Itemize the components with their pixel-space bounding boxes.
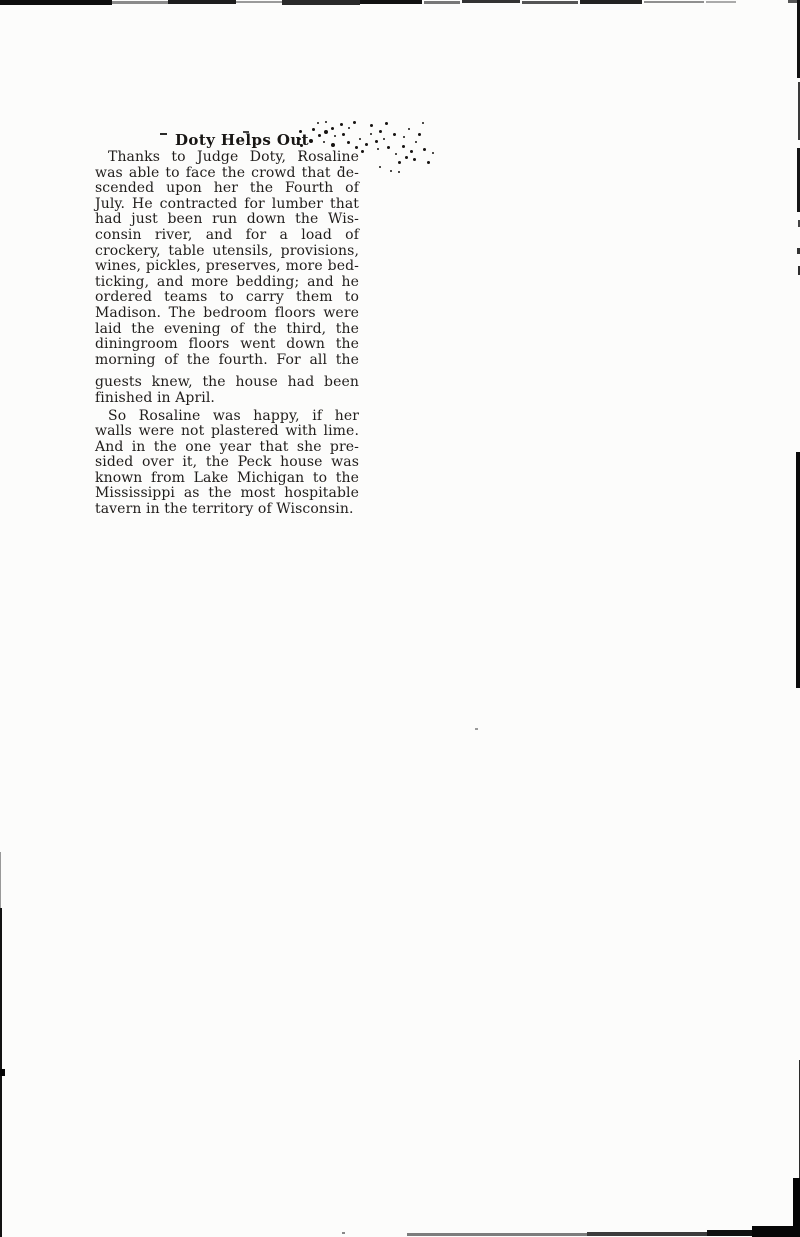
scan-edge-mark [475, 728, 478, 730]
scan-edge-mark [0, 1069, 5, 1076]
ink-speck [309, 139, 313, 143]
ink-speck [359, 138, 361, 140]
scan-edge-mark [424, 1, 460, 4]
text-line: July. He contracted for lumber that [95, 197, 359, 213]
ink-speck [342, 133, 345, 136]
scan-edge-mark [112, 1, 170, 4]
text-line: walls were not plastered with lime. [95, 424, 359, 440]
ink-speck [422, 122, 424, 124]
text-line: diningroom floors went down the [95, 337, 359, 353]
newspaper-article: Doty Helps Out Thanks to Judge Doty, Ros… [95, 131, 359, 518]
text-line: Thanks to Judge Doty, Rosaline [95, 150, 359, 166]
scan-edge-mark [0, 852, 1, 910]
scan-edge-mark [0, 0, 112, 5]
scan-edge-mark [360, 0, 422, 4]
text-line: guests knew, the house had been [95, 375, 359, 391]
ink-speck [379, 166, 381, 168]
ink-speck [377, 148, 379, 150]
ink-speck [415, 141, 417, 143]
ink-speck [405, 156, 408, 159]
ink-speck [387, 146, 390, 149]
text-line: Mississippi as the most hospitable [95, 486, 359, 502]
text-line: wines, pickles, preserves, more bed- [95, 259, 359, 275]
text-line: morning of the fourth. For all the [95, 353, 359, 369]
ink-speck [340, 166, 342, 168]
text-line: finished in April. [95, 391, 359, 407]
ink-speck [418, 133, 421, 136]
ink-speck [385, 122, 388, 125]
article-paragraph-1: Thanks to Judge Doty, Rosalinewas able t… [95, 150, 359, 368]
scanned-newspaper-page: Doty Helps Out Thanks to Judge Doty, Ros… [0, 0, 800, 1237]
ink-speck [423, 148, 426, 151]
ink-speck [432, 152, 434, 154]
text-line: crockery, table utensils, provisions, [95, 244, 359, 260]
ink-speck [398, 171, 400, 173]
ink-speck [325, 121, 327, 123]
ink-speck [390, 170, 392, 172]
ink-speck [300, 144, 303, 147]
scan-edge-mark [160, 133, 167, 135]
ink-speck [395, 153, 397, 155]
text-line: Madison. The bedroom floors were [95, 306, 359, 322]
article-paragraph-2: So Rosaline was happy, if herwalls were … [95, 409, 359, 518]
ink-speck [312, 128, 315, 131]
ink-speck [331, 127, 334, 130]
ink-speck [347, 141, 350, 144]
ink-speck [427, 161, 430, 164]
scan-edge-mark [168, 0, 236, 4]
text-line: scended upon her the Fourth of [95, 181, 359, 197]
text-line: consin river, and for a load of [95, 228, 359, 244]
ink-speck [370, 124, 373, 127]
ink-speck [365, 143, 368, 146]
ink-speck [353, 121, 356, 124]
ink-speck [379, 130, 382, 133]
text-line: known from Lake Michigan to the [95, 471, 359, 487]
ink-speck [317, 122, 319, 124]
ink-speck [348, 127, 350, 129]
ink-speck [300, 155, 302, 157]
ink-speck [355, 146, 358, 149]
text-line: tavern in the territory of Wisconsin. [95, 502, 359, 518]
ink-speck [318, 134, 321, 137]
ink-speck [299, 138, 301, 140]
ink-speck [393, 133, 396, 136]
text-line: And in the one year that she pre- [95, 440, 359, 456]
article-paragraph-1-continuation: guests knew, the house had beenfinished … [95, 375, 359, 406]
scan-edge-mark [522, 1, 578, 4]
ink-speck [402, 145, 405, 148]
scan-edge-mark [342, 1232, 345, 1234]
ink-speck [410, 150, 413, 153]
text-line: was able to face the crowd that de- [95, 166, 359, 182]
scan-edge-mark [462, 0, 520, 3]
text-line: ordered teams to carry them to [95, 290, 359, 306]
ink-speck [383, 138, 385, 140]
ink-speck [403, 136, 405, 138]
scan-edge-mark [587, 1232, 707, 1236]
ink-speck [361, 150, 364, 153]
scan-edge-mark [644, 1, 704, 3]
scan-edge-mark [407, 1233, 587, 1236]
scan-edge-mark [706, 1, 736, 3]
ink-speck [375, 140, 378, 143]
scan-edge-mark [580, 0, 642, 4]
text-line: sided over it, the Peck house was [95, 455, 359, 471]
text-line: had just been run down the Wis- [95, 212, 359, 228]
ink-speck [340, 123, 343, 126]
scan-edge-mark [243, 131, 249, 133]
ink-speck [299, 130, 302, 133]
text-line: laid the evening of the third, the [95, 322, 359, 338]
scan-edge-mark [282, 0, 360, 5]
scan-edge-mark [236, 1, 282, 3]
scan-edge-mark [796, 452, 800, 688]
text-line: ticking, and more bedding; and he [95, 275, 359, 291]
ink-speck [370, 133, 372, 135]
text-line: So Rosaline was happy, if her [95, 409, 359, 425]
scan-edge-mark [752, 1226, 800, 1237]
ink-speck [408, 128, 410, 130]
ink-speck [323, 141, 325, 143]
ink-speck [331, 143, 335, 147]
ink-speck [398, 161, 401, 164]
ink-speck [324, 130, 328, 134]
ink-speck [334, 135, 336, 137]
ink-speck [413, 158, 416, 161]
